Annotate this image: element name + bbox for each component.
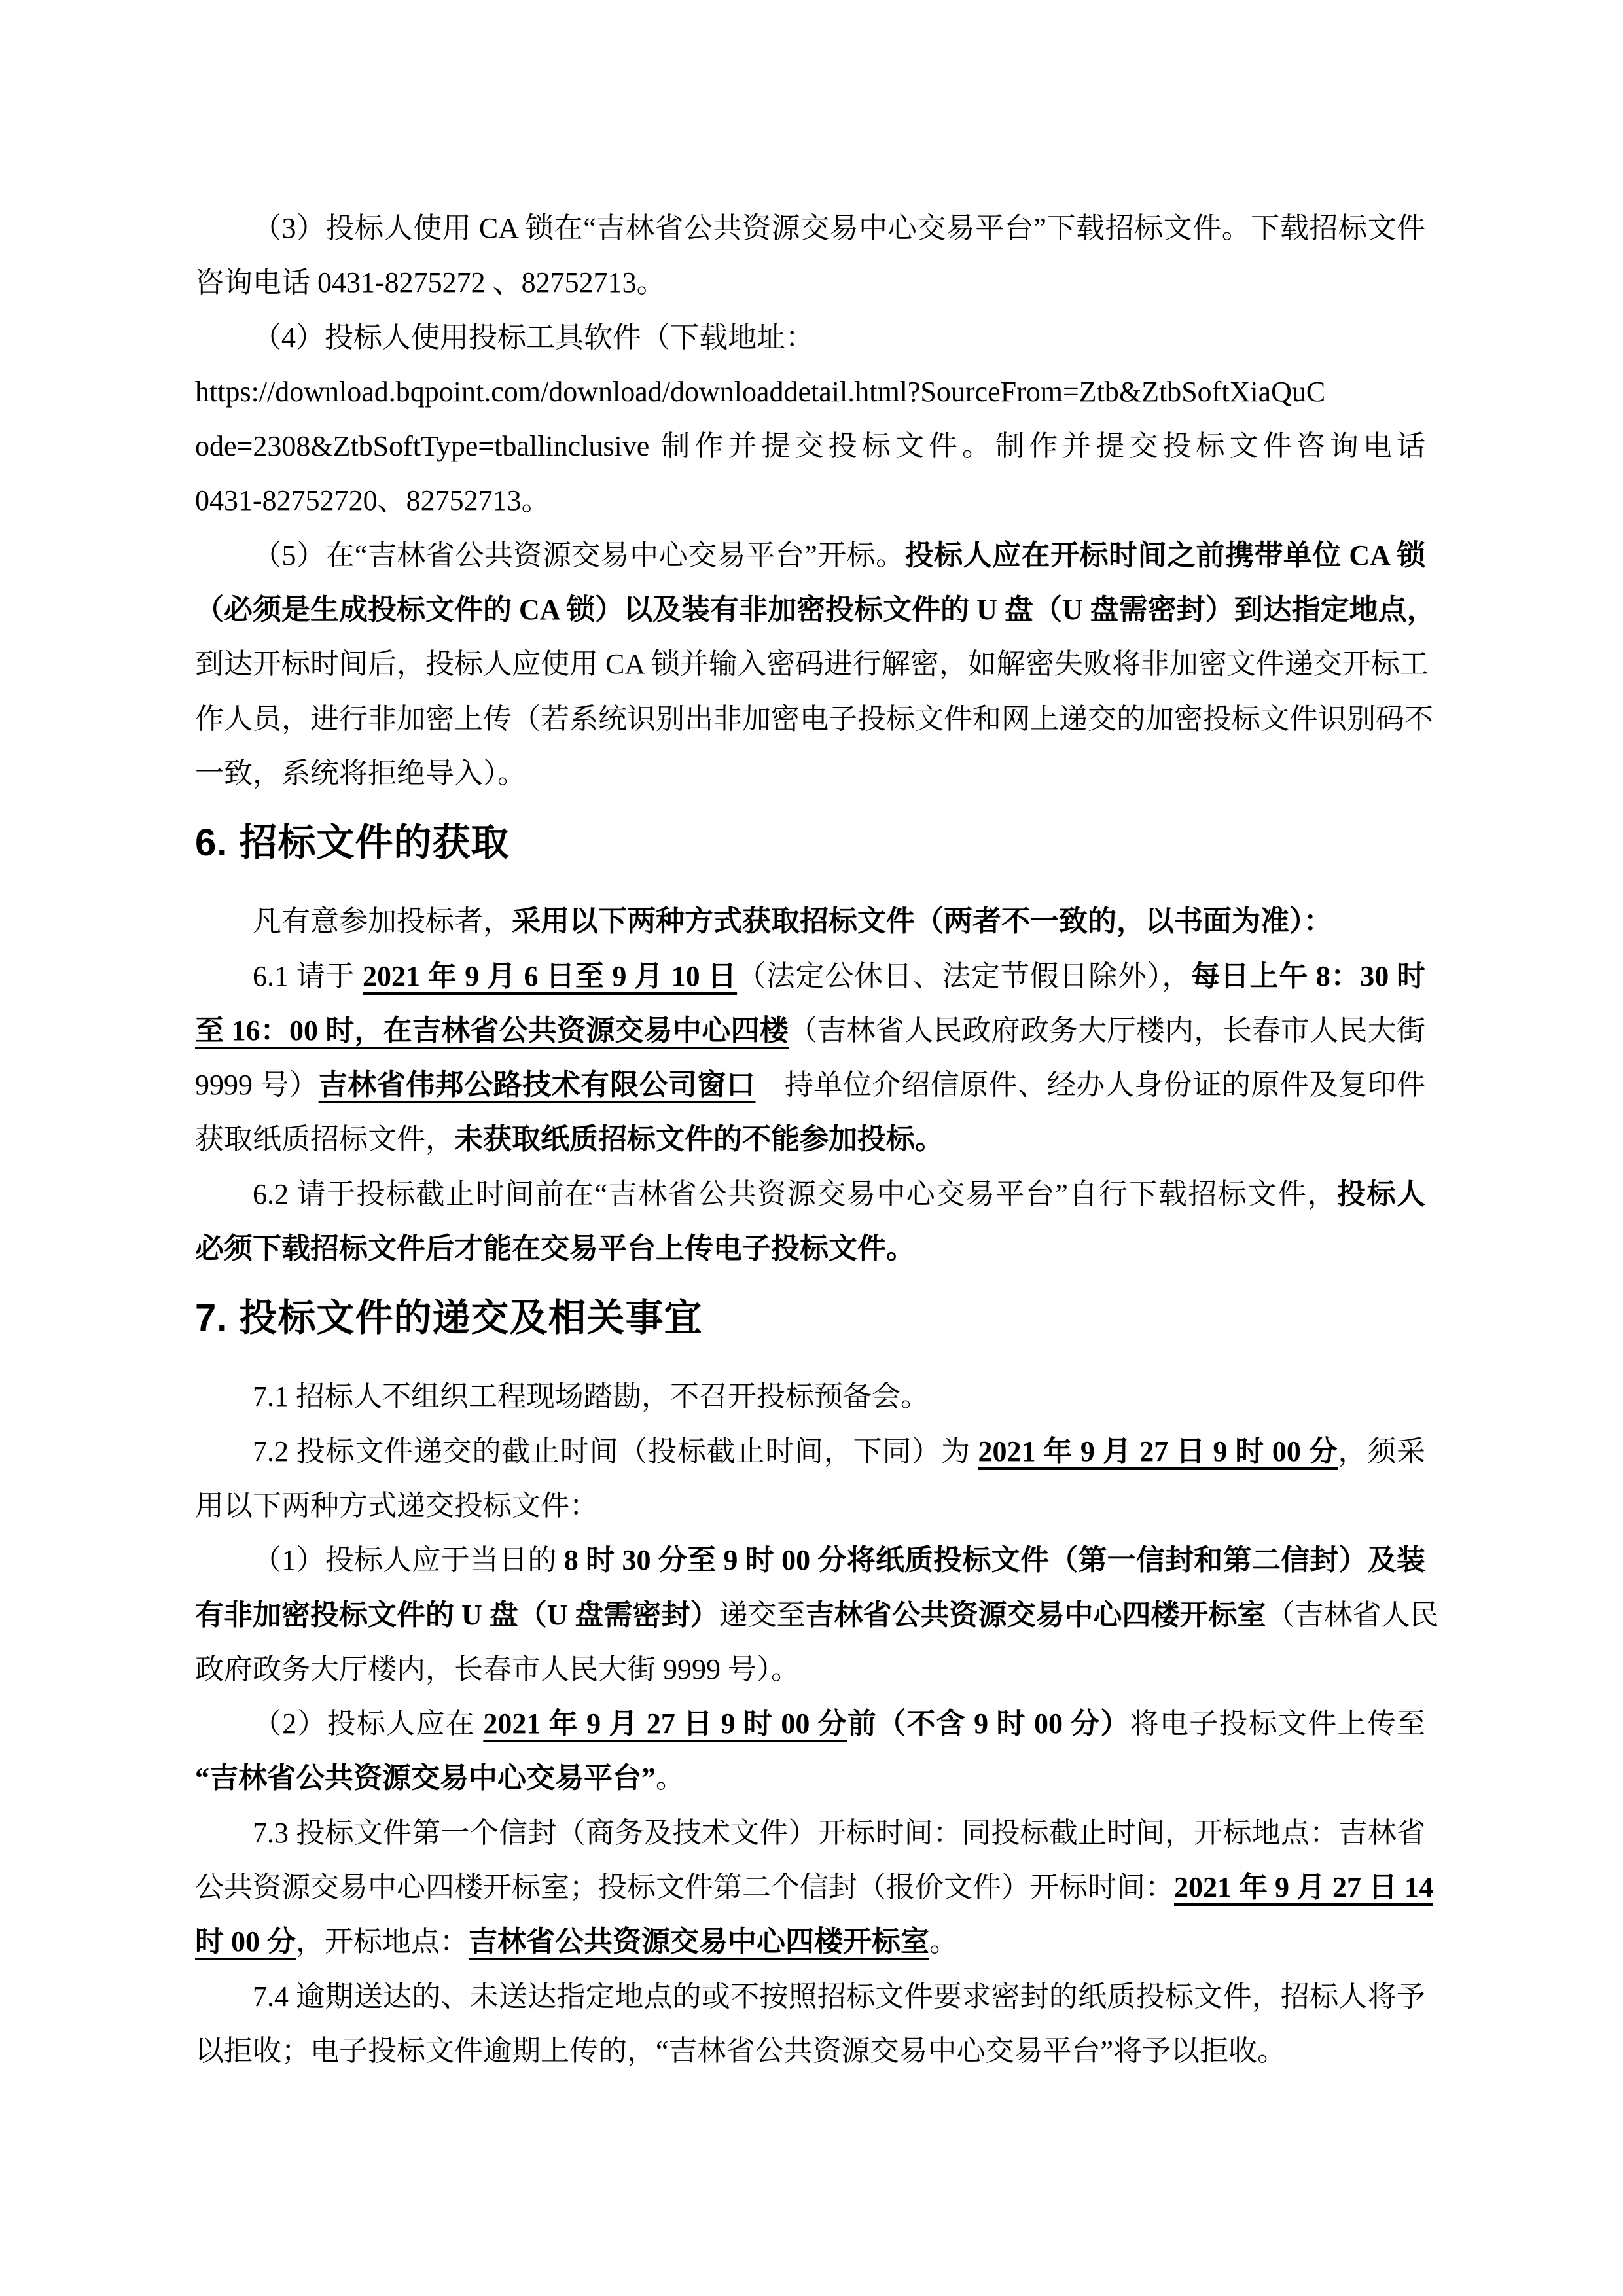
text-line: 获取纸质招标文件，未获取纸质招标文件的不能参加投标。: [195, 1112, 1425, 1166]
text-line: 6.1 请于 2021 年 9 月 6 日至 9 月 10 日（法定公休日、法定…: [195, 949, 1425, 1003]
text-run: 吉林省公共资源交易中心四楼开标室: [469, 1926, 929, 1958]
text-run: 政府政务大厅楼内，长春市人民大街 9999 号）。: [195, 1653, 800, 1685]
text-run: 用以下两种方式递交投标文件：: [195, 1490, 598, 1522]
text-line: 用以下两种方式递交投标文件：: [195, 1479, 1425, 1533]
text-line: 0431-82752720、82752713。: [195, 473, 1425, 528]
text-run: 作人员，进行非加密上传（若系统识别出非加密电子投标文件和网上递交的加密投标文件识…: [195, 703, 1433, 735]
text-run: 7.2 投标文件递交的截止时间（投标截止时间，下同）为: [253, 1435, 978, 1467]
text-line: 9999 号）吉林省伟邦公路技术有限公司窗口 持单位介绍信原件、经办人身份证的原…: [195, 1058, 1425, 1112]
text-line: 至 16：00 时，在吉林省公共资源交易中心四楼（吉林省人民政府政务大厅楼内，长…: [195, 1003, 1425, 1058]
text-run: “吉林省公共资源交易中心交易平台”: [195, 1762, 656, 1794]
text-line: 政府政务大厅楼内，长春市人民大街 9999 号）。: [195, 1642, 1425, 1696]
text-run: ，开标地点：: [296, 1926, 469, 1958]
text-line: （5）在“吉林省公共资源交易中心交易平台”开标。投标人应在开标时间之前携带单位 …: [195, 528, 1425, 583]
text-run: （法定公休日、法定节假日除外），: [737, 960, 1191, 992]
text-line: 7.1 招标人不组织工程现场踏勘，不召开投标预备会。: [195, 1369, 1425, 1424]
text-line: ode=2308&ZtbSoftType=tballinclusive 制作并提…: [195, 419, 1425, 473]
text-run: 投标人应在开标时间之前携带单位 CA 锁: [905, 539, 1425, 571]
text-run: 前（不含 9 时 00 分）: [847, 1708, 1130, 1740]
text-line: 必须下载招标文件后才能在交易平台上传电子投标文件。: [195, 1221, 1425, 1276]
text-run: 8 时 30 分至 9 时 00 分将纸质投标文件（第一信封和第二信封）及装: [564, 1544, 1425, 1576]
text-run: 有非加密投标文件的 U 盘（U 盘需密封）: [195, 1599, 719, 1631]
text-line: https://download.bqpoint.com/download/do…: [195, 365, 1425, 419]
text-run: 持单位介绍信原件、经办人身份证的原件及复印件: [755, 1069, 1425, 1101]
text-run: ode=2308&ZtbSoftType=tballinclusive 制作并提…: [195, 430, 1425, 462]
text-run: （1）投标人应于当日的: [253, 1544, 564, 1576]
text-line: （必须是生成投标文件的 CA 锁）以及装有非加密投标文件的 U 盘（U 盘需密封…: [195, 583, 1425, 637]
text-run: 至 16：00 时，在吉林省公共资源交易中心四楼: [195, 1014, 789, 1047]
text-run: 采用以下两种方式获取招标文件（两者不一致的，以书面为准）：: [512, 905, 1332, 937]
text-run: 7.1 招标人不组织工程现场踏勘，不召开投标预备会。: [253, 1380, 929, 1412]
text-run: 0431-82752720、82752713。: [195, 484, 550, 516]
text-line: 作人员，进行非加密上传（若系统识别出非加密电子投标文件和网上递交的加密投标文件识…: [195, 692, 1425, 746]
text-line: 到达开标时间后，投标人应使用 CA 锁并输入密码进行解密，如解密失败将非加密文件…: [195, 637, 1425, 691]
text-run: （2）投标人应在: [253, 1708, 483, 1740]
text-line: 7.3 投标文件第一个信封（商务及技术文件）开标时间：同投标截止时间，开标地点：…: [195, 1806, 1425, 1860]
text-run: 2021 年 9 月 27 日 14: [1174, 1871, 1433, 1903]
text-run: （吉林省人民政府政务大厅楼内，长春市人民大街: [789, 1014, 1425, 1047]
text-line: （2）投标人应在 2021 年 9 月 27 日 9 时 00 分前（不含 9 …: [195, 1696, 1425, 1751]
text-run: 投标人: [1337, 1178, 1425, 1210]
text-line: 以拒收；电子投标文件逾期上传的，“吉林省公共资源交易中心交易平台”将予以拒收。: [195, 2024, 1425, 2078]
text-line: 时 00 分，开标地点：吉林省公共资源交易中心四楼开标室。: [195, 1914, 1425, 1969]
text-line: 公共资源交易中心四楼开标室；投标文件第二个信封（报价文件）开标时间：2021 年…: [195, 1860, 1425, 1914]
text-run: 。: [929, 1926, 958, 1958]
text-line: （4）投标人使用投标工具软件（下载地址：: [195, 310, 1425, 365]
text-line: 6.2 请于投标截止时间前在“吉林省公共资源交易中心交易平台”自行下载招标文件，…: [195, 1167, 1425, 1221]
document-page: （3）投标人使用 CA 锁在“吉林省公共资源交易中心交易平台”下载招标文件。下载…: [0, 0, 1623, 2296]
text-run: 递交至: [719, 1599, 806, 1631]
text-line: 有非加密投标文件的 U 盘（U 盘需密封）递交至吉林省公共资源交易中心四楼开标室…: [195, 1588, 1425, 1642]
text-run: （4）投标人使用投标工具软件（下载地址：: [253, 321, 814, 353]
text-run: 。: [656, 1762, 685, 1794]
text-run: 将电子投标文件上传至: [1130, 1708, 1425, 1740]
text-run: 7.4 逾期送达的、未送达指定地点的或不按照招标文件要求密封的纸质投标文件，招标…: [253, 1981, 1425, 2013]
text-line: （1）投标人应于当日的 8 时 30 分至 9 时 00 分将纸质投标文件（第一…: [195, 1533, 1425, 1587]
text-run: 获取纸质招标文件，: [195, 1123, 454, 1155]
text-run: （3）投标人使用 CA 锁在“吉林省公共资源交易中心交易平台”下载招标文件。下载…: [253, 212, 1425, 244]
text-run: 时 00 分: [195, 1926, 296, 1958]
text-run: 公共资源交易中心四楼开标室；投标文件第二个信封（报价文件）开标时间：: [195, 1871, 1174, 1903]
text-run: 吉林省伟邦公路技术有限公司窗口: [319, 1069, 756, 1101]
text-run: （吉林省人民: [1266, 1599, 1439, 1631]
text-run: 一致，系统将拒绝导入）。: [195, 757, 526, 789]
text-run: 到达开标时间后，投标人应使用 CA 锁并输入密码进行解密，如解密失败将非加密文件…: [195, 648, 1429, 680]
text-line: 7.4 逾期送达的、未送达指定地点的或不按照招标文件要求密封的纸质投标文件，招标…: [195, 1969, 1425, 2024]
text-run: 必须下载招标文件后才能在交易平台上传电子投标文件。: [195, 1232, 915, 1265]
text-run: 凡有意参加投标者，: [253, 905, 512, 937]
text-run: （必须是生成投标文件的 CA 锁）以及装有非加密投标文件的 U 盘（U 盘需密封…: [195, 594, 1436, 626]
text-run: 咨询电话 0431-8275272 、82752713。: [195, 266, 666, 298]
text-line: 一致，系统将拒绝导入）。: [195, 746, 1425, 800]
text-line: “吉林省公共资源交易中心交易平台”。: [195, 1751, 1425, 1805]
text-run: ，须采: [1338, 1435, 1425, 1467]
text-run: 9999 号）: [195, 1069, 319, 1101]
text-line: （3）投标人使用 CA 锁在“吉林省公共资源交易中心交易平台”下载招标文件。下载…: [195, 201, 1425, 255]
text-run: 7.3 投标文件第一个信封（商务及技术文件）开标时间：同投标截止时间，开标地点：…: [253, 1817, 1425, 1849]
text-line: 凡有意参加投标者，采用以下两种方式获取招标文件（两者不一致的，以书面为准）：: [195, 894, 1425, 948]
document-body: （3）投标人使用 CA 锁在“吉林省公共资源交易中心交易平台”下载招标文件。下载…: [195, 201, 1425, 2078]
section-heading: 6. 招标文件的获取: [195, 820, 1425, 866]
text-run: https://download.bqpoint.com/download/do…: [195, 376, 1325, 408]
text-run: 以拒收；电子投标文件逾期上传的，“吉林省公共资源交易中心交易平台”将予以拒收。: [195, 2035, 1286, 2067]
text-run: 未获取纸质招标文件的不能参加投标。: [454, 1123, 944, 1155]
text-run: 6.2 请于投标截止时间前在“吉林省公共资源交易中心交易平台”自行下载招标文件，: [253, 1178, 1337, 1210]
text-run: 2021 年 9 月 27 日 9 时 00 分: [483, 1708, 847, 1740]
text-run: 吉林省公共资源交易中心四楼开标室: [806, 1599, 1266, 1631]
section-heading: 7. 投标文件的递交及相关事宜: [195, 1295, 1425, 1341]
text-run: 6.1 请于: [253, 960, 363, 992]
text-run: 2021 年 9 月 27 日 9 时 00 分: [978, 1435, 1338, 1467]
text-run: 2021 年 9 月 6 日至 9 月 10 日: [363, 960, 737, 992]
text-line: 咨询电话 0431-8275272 、82752713。: [195, 255, 1425, 310]
text-run: 每日上午 8：30 时: [1191, 960, 1425, 992]
text-line: 7.2 投标文件递交的截止时间（投标截止时间，下同）为 2021 年 9 月 2…: [195, 1424, 1425, 1479]
text-run: （5）在“吉林省公共资源交易中心交易平台”开标。: [253, 539, 905, 571]
